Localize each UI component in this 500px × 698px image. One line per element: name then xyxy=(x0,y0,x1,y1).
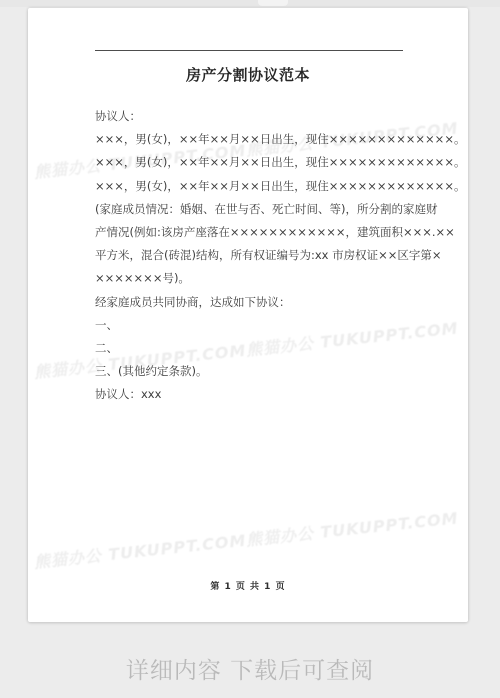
download-hint-text: 详细内容 下载后可查阅 xyxy=(0,652,500,685)
top-edge-notch xyxy=(258,0,288,6)
doc-line: 三、(其他约定条款)。 xyxy=(95,360,415,383)
watermark-text: 熊猫办公 TUKUPPT.COM xyxy=(33,528,248,573)
watermark-text: 熊猫办公 TUKUPPT.COM xyxy=(245,505,460,550)
doc-line: 二、 xyxy=(95,337,415,360)
document-title: 房产分割协议范本 xyxy=(28,64,468,85)
doc-line: ×××，男(女)，××年××月××日出生，现住×××××××××××××。 xyxy=(95,151,415,174)
doc-line: ×××××××号)。 xyxy=(95,267,415,290)
doc-line: 一、 xyxy=(95,314,415,337)
doc-line: (家庭成员情况：婚姻、在世与否、死亡时间、等)，所分割的家庭财 xyxy=(95,198,415,221)
doc-line: 产情况(例如:该房产座落在××××××××××××，建筑面积×××.×× xyxy=(95,221,415,244)
document-body: 协议人： ×××，男(女)，××年××月××日出生，现住××××××××××××… xyxy=(95,105,415,407)
page-number: 第 1 页 共 1 页 xyxy=(28,579,468,592)
doc-line: ×××，男(女)，××年××月××日出生，现住×××××××××××××。 xyxy=(95,175,415,198)
doc-line: 协议人：xxx xyxy=(95,383,415,406)
document-page: 熊猫办公 TUKUPPT.COM 熊猫办公 TUKUPPT.COM 熊猫办公 T… xyxy=(28,8,468,622)
doc-line: 协议人： xyxy=(95,105,415,128)
watermark-row: 熊猫办公 TUKUPPT.COM 熊猫办公 TUKUPPT.COM xyxy=(33,507,441,573)
doc-line: ×××，男(女)，××年××月××日出生，现住×××××××××××××。 xyxy=(95,128,415,151)
doc-line: 平方米，混合(砖混)结构，所有权证编号为:xx 市房权证××区字第× xyxy=(95,244,415,267)
title-divider-line xyxy=(95,50,403,51)
doc-line: 经家庭成员共同协商，达成如下协议： xyxy=(95,291,415,314)
preview-stage: 熊猫办公 TUKUPPT.COM 熊猫办公 TUKUPPT.COM 熊猫办公 T… xyxy=(0,0,500,698)
top-edge-strip xyxy=(0,0,500,7)
